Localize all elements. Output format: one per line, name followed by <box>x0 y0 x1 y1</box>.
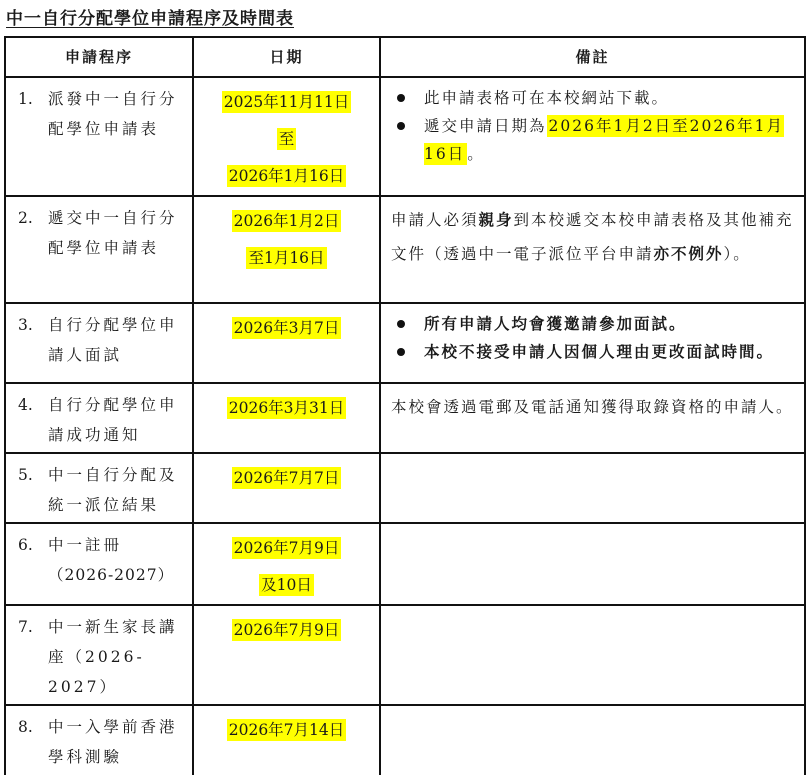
date-cell: 2026年7月7日 <box>193 453 380 523</box>
date-highlight: 2025年11月11日 <box>222 91 351 113</box>
table-row: 6. 中一註冊 （2026-2027） 2026年7月9日 及10日 <box>5 523 805 605</box>
emphasis-text: 亦不例外 <box>654 245 724 263</box>
step-text: 中一註冊 <box>48 530 186 560</box>
date-cell: 2026年7月9日 <box>193 605 380 705</box>
step-cell: 1. 派發中一自行分配學位申請表 <box>5 77 193 196</box>
date-highlight: 2026年1月2日 <box>232 210 342 232</box>
step-number: 6. <box>18 530 48 590</box>
date-cell: 2026年7月9日 及10日 <box>193 523 380 605</box>
page-title: 中一自行分配學位申請程序及時間表 <box>6 4 294 29</box>
remark-item: 本校不接受申請人因個人理由更改面試時間。 <box>391 338 794 366</box>
header-remarks: 備註 <box>380 37 805 77</box>
step-text: 自行分配學位申請人面試 <box>48 310 186 370</box>
step-text: 自行分配學位申請成功通知 <box>48 390 186 450</box>
step-text: 派發中一自行分配學位申請表 <box>48 84 186 144</box>
step-number: 8. <box>18 712 48 772</box>
remark-item: 遞交申請日期為2026年1月2日至2026年1月16日。 <box>391 112 794 168</box>
date-highlight: 2026年1月16日 <box>227 165 347 187</box>
step-text-year: （2026-2027） <box>48 560 186 590</box>
date-highlight: 2026年7月7日 <box>232 467 342 489</box>
step-text: 中一自行分配及統一派位結果 <box>48 460 186 520</box>
bullet-icon <box>397 348 405 356</box>
remarks-cell <box>380 523 805 605</box>
date-highlight: 2026年7月9日 <box>232 619 342 641</box>
date-cell: 2026年3月7日 <box>193 303 380 383</box>
step-cell: 3. 自行分配學位申請人面試 <box>5 303 193 383</box>
step-cell: 8. 中一入學前香港學科測驗 <box>5 705 193 775</box>
remarks-cell: 申請人必須親身到本校遞交本校申請表格及其他補充文件（透過中一電子派位平台申請亦不… <box>380 196 805 303</box>
date-highlight: 至 <box>277 128 297 150</box>
table-row: 7. 中一新生家長講座（2026-2027） 2026年7月9日 <box>5 605 805 705</box>
table-row: 2. 遞交中一自行分配學位申請表 2026年1月2日 至1月16日 申請人必須親… <box>5 196 805 303</box>
table-row: 3. 自行分配學位申請人面試 2026年3月7日 所有申請人均會獲邀請參加面試。 <box>5 303 805 383</box>
date-highlight: 2026年3月7日 <box>232 317 342 339</box>
date-cell: 2026年7月14日 <box>193 705 380 775</box>
bullet-icon <box>397 94 405 102</box>
step-number: 2. <box>18 203 48 263</box>
table-row: 1. 派發中一自行分配學位申請表 2025年11月11日 至 2026年1月16… <box>5 77 805 196</box>
table-row: 4. 自行分配學位申請成功通知 2026年3月31日 本校會透過電郵及電話通知獲… <box>5 383 805 453</box>
schedule-table: 申請程序 日期 備註 1. 派發中一自行分配學位申請表 2025年11月11日 … <box>4 36 806 775</box>
date-highlight: 2026年7月14日 <box>227 719 347 741</box>
step-number: 3. <box>18 310 48 370</box>
emphasis-text: 親身 <box>479 211 514 229</box>
header-date: 日期 <box>193 37 380 77</box>
remarks-list: 所有申請人均會獲邀請參加面試。 本校不接受申請人因個人理由更改面試時間。 <box>391 310 794 366</box>
table-row: 8. 中一入學前香港學科測驗 2026年7月14日 <box>5 705 805 775</box>
bullet-icon <box>397 320 405 328</box>
date-highlight: 2026年7月9日 <box>232 537 342 559</box>
step-cell: 4. 自行分配學位申請成功通知 <box>5 383 193 453</box>
step-number: 4. <box>18 390 48 450</box>
remarks-cell: 本校會透過電郵及電話通知獲得取錄資格的申請人。 <box>380 383 805 453</box>
remarks-cell <box>380 705 805 775</box>
date-highlight: 至1月16日 <box>246 247 326 269</box>
table-row: 5. 中一自行分配及統一派位結果 2026年7月7日 <box>5 453 805 523</box>
date-cell: 2025年11月11日 至 2026年1月16日 <box>193 77 380 196</box>
step-cell: 6. 中一註冊 （2026-2027） <box>5 523 193 605</box>
remark-item: 此申請表格可在本校網站下載。 <box>391 84 794 112</box>
remarks-cell: 所有申請人均會獲邀請參加面試。 本校不接受申請人因個人理由更改面試時間。 <box>380 303 805 383</box>
step-number: 1. <box>18 84 48 144</box>
bullet-icon <box>397 122 405 130</box>
header-procedure: 申請程序 <box>5 37 193 77</box>
remarks-cell <box>380 605 805 705</box>
remark-paragraph: 本校會透過電郵及電話通知獲得取錄資格的申請人。 <box>381 384 804 424</box>
date-highlight: 及10日 <box>259 574 314 596</box>
date-cell: 2026年3月31日 <box>193 383 380 453</box>
step-text: 遞交中一自行分配學位申請表 <box>48 203 186 263</box>
step-text: 中一入學前香港學科測驗 <box>48 712 186 772</box>
remarks-cell: 此申請表格可在本校網站下載。 遞交申請日期為2026年1月2日至2026年1月1… <box>380 77 805 196</box>
remarks-list: 此申請表格可在本校網站下載。 遞交申請日期為2026年1月2日至2026年1月1… <box>391 84 794 168</box>
step-cell: 7. 中一新生家長講座（2026-2027） <box>5 605 193 705</box>
remarks-cell <box>380 453 805 523</box>
remark-item: 所有申請人均會獲邀請參加面試。 <box>391 310 794 338</box>
step-number: 7. <box>18 612 48 702</box>
step-number: 5. <box>18 460 48 520</box>
step-text: 中一新生家長講座（2026-2027） <box>48 612 186 702</box>
step-cell: 5. 中一自行分配及統一派位結果 <box>5 453 193 523</box>
date-cell: 2026年1月2日 至1月16日 <box>193 196 380 303</box>
date-highlight: 2026年3月31日 <box>227 397 347 419</box>
step-cell: 2. 遞交中一自行分配學位申請表 <box>5 196 193 303</box>
table-header-row: 申請程序 日期 備註 <box>5 37 805 77</box>
remark-paragraph: 申請人必須親身到本校遞交本校申請表格及其他補充文件（透過中一電子派位平台申請亦不… <box>381 197 804 271</box>
